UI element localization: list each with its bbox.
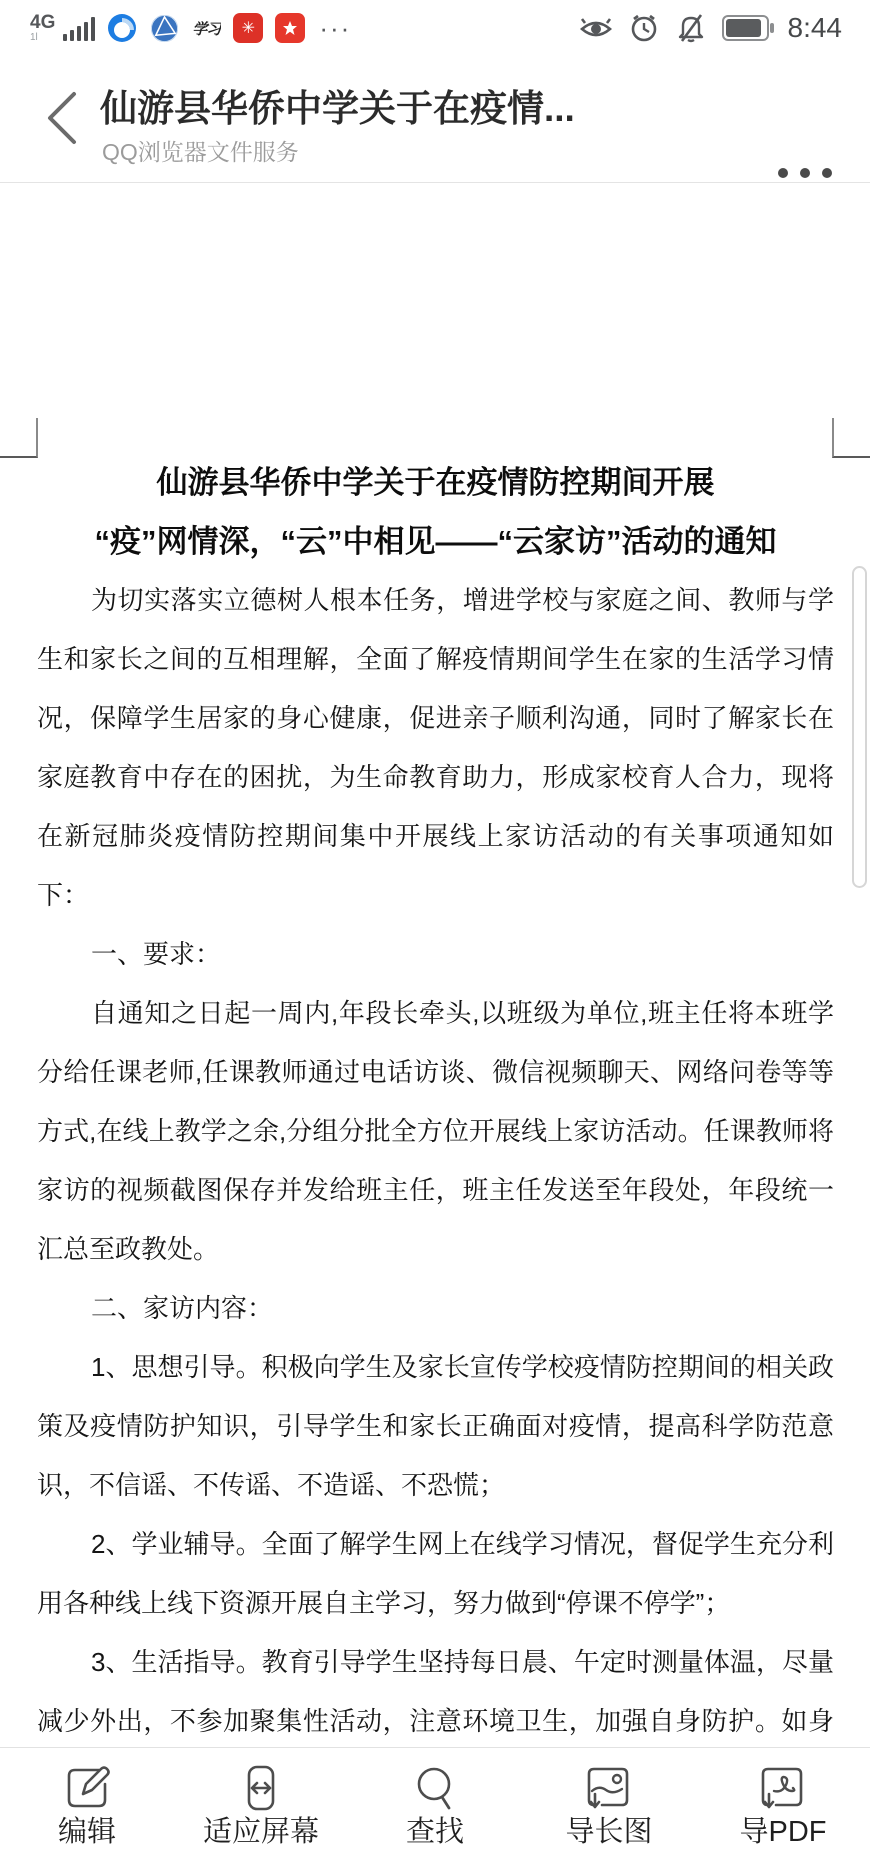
battery-icon [722, 15, 774, 41]
doc-text-line: 方式,在线上教学之余,分组分批全方位开展线上家访活动。任课教师将 [37, 1102, 834, 1161]
bottom-toolbar: 编辑 适应屏幕 查找 导长图 [0, 1747, 870, 1862]
status-bar: 4G 1l 学习 ✳ ··· [0, 0, 870, 56]
doc-text-line: 2、学业辅导。全面了解学生网上在线学习情况，督促学生充分利 [37, 1515, 834, 1574]
doc-heading-line: 二、家访内容： [37, 1279, 834, 1338]
phone-screen: { "status_bar": { "network": "4G", "netw… [0, 0, 870, 1862]
alarm-icon [628, 12, 660, 44]
doc-text-line: 自通知之日起一周内,年段长牵头,以班级为单位,班主任将本班学生 [37, 984, 834, 1043]
red-app-icon-1: ✳ [233, 13, 263, 43]
doc-text-line: 家庭教育中存在的困扰，为生命教育助力，形成家校育人合力，现将 [37, 748, 834, 807]
page-subtitle: QQ浏览器文件服务 [102, 134, 299, 167]
signal-strength-icon [63, 15, 95, 41]
tool-label: 编辑 [58, 1818, 116, 1847]
globe-icon [149, 13, 179, 43]
network-indicator: 4G 1l [30, 13, 55, 43]
clock-time: 8:44 [788, 12, 843, 44]
doc-text-line: 识，不信谣、不传谣、不造谣、不恐慌； [37, 1456, 834, 1515]
page-margin-mark-top-right [832, 418, 870, 458]
doc-text-line: 用各种线上线下资源开展自主学习，努力做到“停课不停学”； [37, 1574, 834, 1633]
export-pdf-button[interactable]: 导PDF [696, 1748, 870, 1862]
export-pdf-icon [756, 1760, 810, 1816]
edit-button[interactable]: 编辑 [0, 1748, 174, 1862]
page-margin-mark-top-left [0, 418, 38, 458]
doc-text-line: 家访的视频截图保存并发给班主任，班主任发送至年段处，年段统一 [37, 1161, 834, 1220]
page-title: 仙游县华侨中学关于在疫情... [100, 78, 660, 132]
doc-text-line: 为切实落实立德树人根本任务，增进学校与家庭之间、教师与学 [37, 571, 834, 630]
app-header: 仙游县华侨中学关于在疫情... QQ浏览器文件服务 [0, 56, 870, 183]
tool-label: 导PDF [739, 1818, 826, 1847]
find-button[interactable]: 查找 [348, 1748, 522, 1862]
doc-text-line: 生和家长之间的互相理解，全面了解疫情期间学生在家的生活学习情 [37, 630, 834, 689]
doc-title-line: 仙游县华侨中学关于在疫情防控期间开展 [37, 453, 834, 512]
document-body: 仙游县华侨中学关于在疫情防控期间开展 “疫”网情深，“云”中相见——“云家访”活… [37, 453, 834, 1751]
back-button[interactable] [40, 88, 84, 148]
scrollbar-thumb[interactable] [852, 566, 867, 888]
doc-text-line: 1、思想引导。积极向学生及家长宣传学校疫情防控期间的相关政 [37, 1338, 834, 1397]
tool-label: 查找 [406, 1818, 464, 1847]
export-long-image-button[interactable]: 导长图 [522, 1748, 696, 1862]
export-long-image-icon [582, 1760, 636, 1816]
document-viewport: 仙游县华侨中学关于在疫情防控期间开展 “疫”网情深，“云”中相见——“云家访”活… [0, 183, 870, 1746]
doc-text-line: 下： [37, 866, 834, 925]
eye-comfort-icon [578, 13, 614, 43]
search-icon [409, 1760, 461, 1816]
fit-screen-button[interactable]: 适应屏幕 [174, 1748, 348, 1862]
xuexi-icon: 学习 [191, 13, 221, 43]
overflow-menu-button[interactable] [778, 168, 832, 178]
edit-icon [61, 1760, 113, 1816]
mute-icon [674, 12, 708, 44]
doc-text-line: 策及疫情防护知识，引导学生和家长正确面对疫情，提高科学防范意 [37, 1397, 834, 1456]
doc-text-line: 况，保障学生居家的身心健康，促进亲子顺利沟通，同时了解家长在 [37, 689, 834, 748]
tool-label: 导长图 [565, 1818, 652, 1847]
doc-text-line: 3、生活指导。教育引导学生坚持每日晨、午定时测量体温，尽量 [37, 1633, 834, 1692]
tool-label: 适应屏幕 [203, 1818, 319, 1847]
doc-text-line: 分给任课老师,任课教师通过电话访谈、微信视频聊天、网络问卷等等 [37, 1043, 834, 1102]
doc-heading-line: 一、要求： [37, 925, 834, 984]
more-notifications-icon: ··· [319, 23, 351, 33]
sim-indicator: 1l [30, 33, 38, 43]
doc-text-line: 汇总至政教处。 [37, 1220, 834, 1279]
doc-title-line: “疫”网情深，“云”中相见——“云家访”活动的通知 [37, 512, 834, 571]
red-app-icon-2 [275, 13, 305, 43]
network-type-label: 4G [30, 13, 55, 32]
doc-text-line: 在新冠肺炎疫情防控期间集中开展线上家访活动的有关事项通知如 [37, 807, 834, 866]
qq-browser-icon [107, 13, 137, 43]
doc-text-line: 减少外出，不参加聚集性活动，注意环境卫生，加强自身防护。如身 [37, 1692, 834, 1751]
fit-screen-icon [235, 1760, 287, 1816]
